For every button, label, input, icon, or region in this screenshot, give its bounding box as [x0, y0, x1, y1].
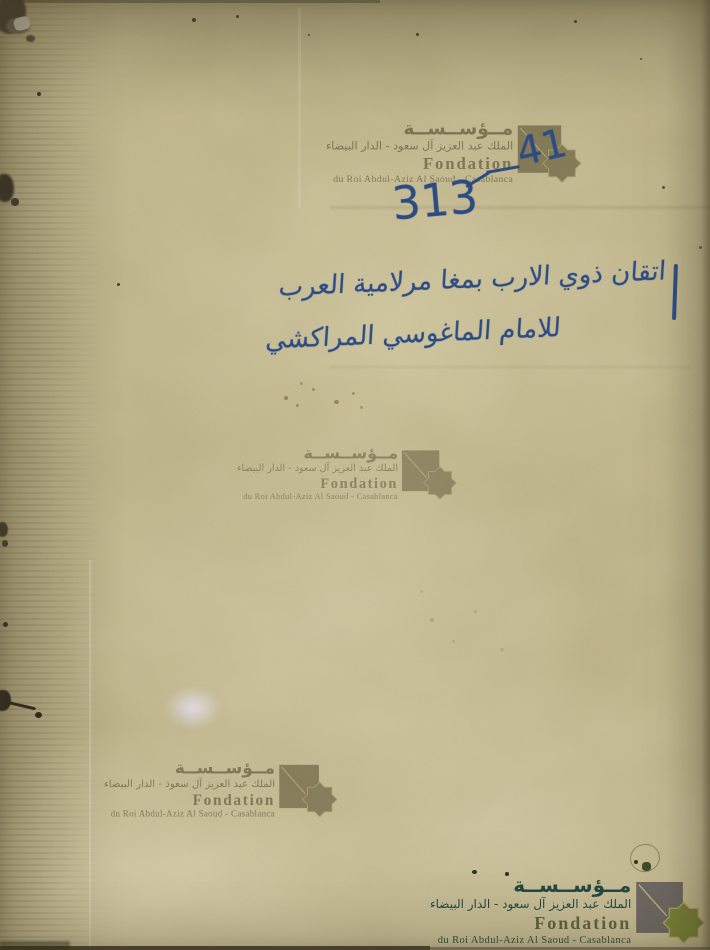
rust-freckle — [334, 400, 339, 404]
ink-speck — [308, 34, 310, 36]
ink-speck — [574, 20, 577, 23]
stamp-arabic-subtitle: الملك عبد العزيز آل سعود - الدار البيضاء — [430, 897, 631, 912]
binding-edge-texture — [0, 0, 100, 950]
stamp-arabic-title: مــؤســســة — [304, 444, 398, 462]
eight-point-star-icon — [543, 144, 581, 182]
watermark-stamp-lower-left: مــؤســســة الملك عبد العزيز آل سعود - ا… — [104, 758, 339, 827]
eight-point-star-icon — [424, 467, 457, 500]
foundation-logo-graphic — [279, 765, 339, 827]
right-edge-shadow — [701, 0, 710, 950]
ink-speck — [117, 283, 120, 286]
rust-freckle — [420, 590, 423, 593]
foundation-logo — [518, 125, 583, 193]
watermark-stamp-top: مــؤســســة الملك عبد العزيز آل سعود - ا… — [326, 118, 583, 193]
pencil-circle — [627, 841, 663, 875]
stamp-text-block: مــؤســســة الملك عبد العزيز آل سعود - ا… — [104, 758, 275, 820]
stamp-french-title: Fondation — [193, 790, 275, 809]
stamp-french-title: Fondation — [534, 912, 631, 934]
rust-freckle — [296, 404, 299, 407]
rust-freckle — [312, 388, 315, 391]
ink-speck — [192, 18, 196, 22]
ink-speck — [416, 33, 419, 36]
ink-speck — [699, 246, 702, 249]
manuscript-scan-page: مــؤســســة الملك عبد العزيز آل سعود - ا… — [0, 0, 710, 950]
ink-speck — [662, 186, 665, 189]
stamp-french-subtitle: du Roi Abdul-Aziz Al Saoud - Casablanca — [243, 492, 398, 502]
eight-point-star-icon — [664, 902, 705, 943]
rust-freckle — [284, 396, 288, 400]
stamp-french-title: Fondation — [320, 474, 398, 492]
stamp-arabic-title: مــؤســســة — [513, 874, 631, 897]
stamp-french-subtitle: du Roi Abdul-Aziz Al Saoud - Casablanca — [111, 809, 275, 820]
stamp-arabic-title: مــؤســســة — [403, 118, 513, 139]
stamp-french-subtitle: du Roi Abdul-Aziz Al Saoud - Casablanca — [438, 934, 632, 947]
stamp-arabic-title: مــؤســســة — [175, 758, 275, 778]
watermark-stamp-middle: مــؤســســة الملك عبد العزيز آل سعود - ا… — [237, 444, 458, 509]
handwritten-title-line1: اتقان ذوي الارب بمغا مرلامية العرب — [267, 245, 667, 314]
ink-speck — [634, 860, 638, 864]
rust-freckle — [452, 640, 455, 643]
rust-freckle — [300, 382, 303, 385]
foundation-logo — [279, 765, 339, 827]
rust-freckle — [474, 610, 477, 613]
crease-line — [298, 8, 301, 208]
fold-line — [330, 206, 710, 209]
foundation-logo — [636, 882, 706, 950]
foundation-logo-graphic — [518, 125, 583, 193]
stamp-arabic-subtitle: الملك عبد العزيز آل سعود - الدار البيضاء — [326, 139, 513, 153]
foundation-logo — [402, 450, 458, 508]
eight-point-star-icon — [303, 782, 338, 817]
flare-blemish — [164, 686, 222, 730]
handwritten-title-line2: للامام الماغوسي المراكشي — [263, 302, 562, 367]
handwritten-alif-stroke — [672, 264, 677, 320]
watermark-stamp-bottom-right: مــؤســســة الملك عبد العزيز آل سعود - ا… — [430, 874, 706, 950]
rust-freckle — [352, 392, 355, 395]
stamp-arabic-subtitle: الملك عبد العزيز آل سعود - الدار البيضاء — [237, 462, 398, 474]
rust-freckle — [430, 618, 434, 622]
stamp-text-block: مــؤســســة الملك عبد العزيز آل سعود - ا… — [237, 444, 398, 502]
rust-freckle — [360, 406, 363, 409]
stamp-arabic-subtitle: الملك عبد العزيز آل سعود - الدار البيضاء — [104, 778, 275, 791]
ink-speck — [236, 15, 239, 18]
handwritten-title-block: اتقان ذوي الارب بمغا مرلامية العرب للاما… — [263, 245, 667, 366]
rust-freckle — [500, 648, 504, 651]
foundation-logo-graphic — [402, 450, 458, 508]
foundation-logo-graphic — [636, 882, 706, 950]
stamp-text-block: مــؤســســة الملك عبد العزيز آل سعود - ا… — [430, 874, 631, 947]
ink-speck — [640, 58, 642, 60]
green-ink-blot — [642, 862, 651, 871]
fold-line — [330, 366, 690, 368]
